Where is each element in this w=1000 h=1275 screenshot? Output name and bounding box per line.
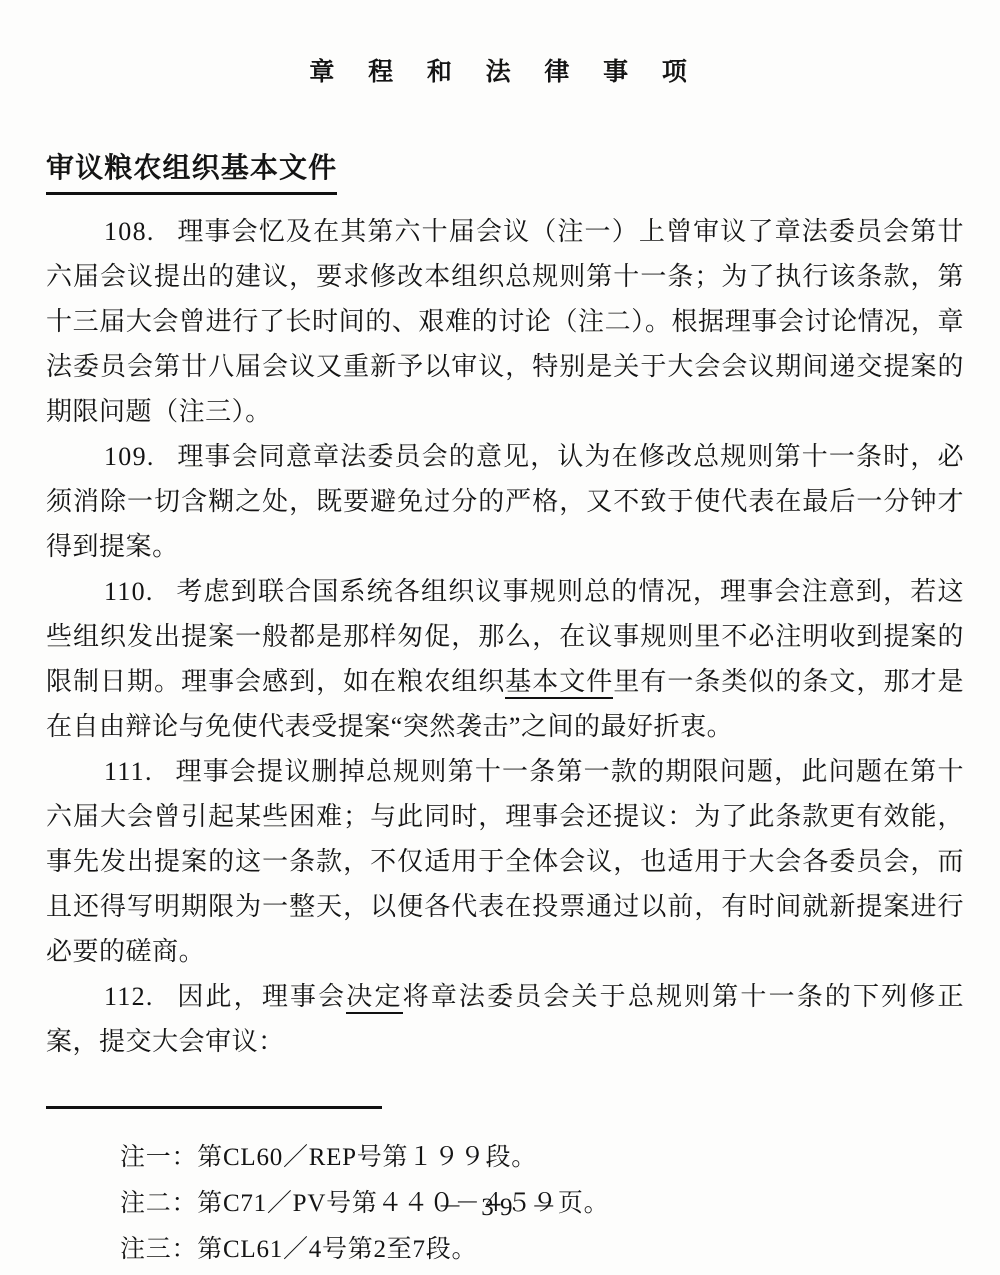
footnote-3: 注三：第CL61／4号第2至7段。 — [120, 1227, 964, 1273]
document-title: 章 程 和 法 律 事 项 — [46, 52, 964, 88]
underlined-term-basic-texts: 基本文件 — [505, 667, 613, 699]
footnote-separator — [46, 1106, 382, 1109]
underlined-term-decided: 决定 — [346, 982, 402, 1014]
paragraph-text: 理事会同意章法委员会的意见，认为在修改总规则第十一条时，必须消除一切含糊之处，既… — [46, 442, 964, 561]
paragraph-number: 112. — [104, 982, 154, 1011]
section-heading: 审议粮农组织基本文件 — [46, 146, 337, 195]
section-heading-row: 审议粮农组织基本文件 — [46, 146, 964, 209]
paragraph-number: 111. — [104, 757, 153, 786]
paragraph-112: 112.因此，理事会决定将章法委员会关于总规则第十一条的下列修正案，提交大会审议… — [46, 974, 964, 1064]
paragraph-109: 109.理事会同意章法委员会的意见，认为在修改总规则第十一条时，必须消除一切含糊… — [46, 434, 964, 569]
paragraph-111: 111.理事会提议删掉总规则第十一条第一款的期限问题，此问题在第十六届大会曾引起… — [46, 749, 964, 974]
paragraph-110: 110.考虑到联合国系统各组织议事规则总的情况，理事会注意到，若这些组织发出提案… — [46, 569, 964, 749]
paragraph-number: 108. — [104, 217, 155, 246]
paragraph-text: 理事会忆及在其第六十届会议（注一）上曾审议了章法委员会第廿六届会议提出的建议，要… — [46, 217, 964, 426]
paragraph-108: 108.理事会忆及在其第六十届会议（注一）上曾审议了章法委员会第廿六届会议提出的… — [46, 209, 964, 434]
paragraph-number: 110. — [104, 577, 154, 606]
paragraph-number: 109. — [104, 442, 155, 471]
document-page: 章 程 和 法 律 事 项 审议粮农组织基本文件 108.理事会忆及在其第六十届… — [0, 0, 1000, 1275]
paragraph-text: 因此，理事会 — [176, 982, 347, 1011]
footnote-1: 注一：第CL60／REP号第１９９段。 — [120, 1135, 964, 1181]
page-number: － 39 － — [0, 1187, 1000, 1223]
paragraph-text: 理事会提议删掉总规则第十一条第一款的期限问题，此问题在第十六届大会曾引起某些困难… — [46, 757, 964, 966]
